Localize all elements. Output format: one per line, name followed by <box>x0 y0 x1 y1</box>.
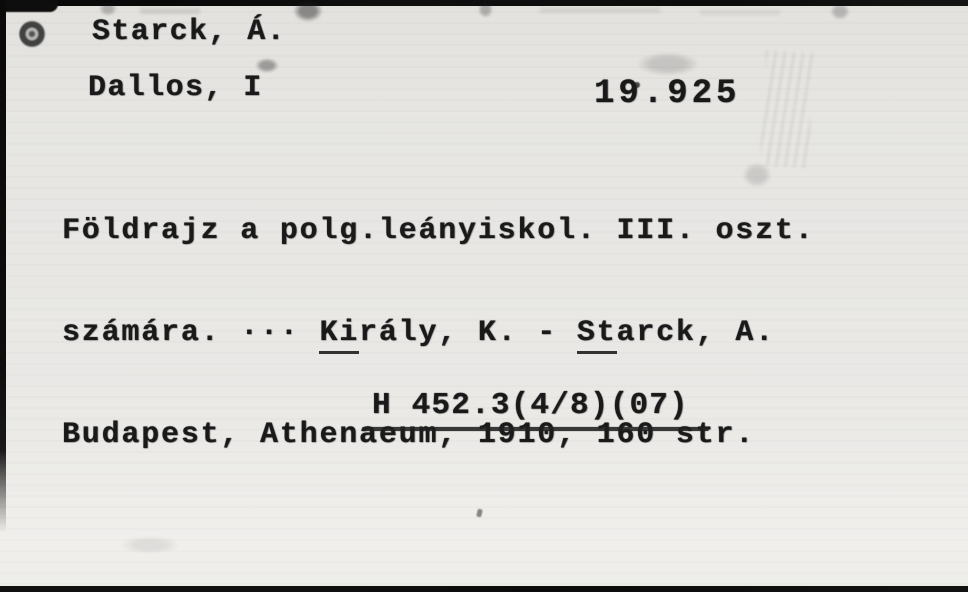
ghost-print-mark <box>540 8 660 13</box>
paper-streak-marks <box>760 51 814 168</box>
accession-number: 19.925 <box>594 74 740 114</box>
ink-smudge <box>636 52 700 76</box>
scan-edge-top-left-corner <box>0 0 58 12</box>
biblio-authors-post: arck, A. <box>617 316 775 350</box>
biblio-line-authors: számára. ··· Király, K. - Starck, A. <box>62 316 815 350</box>
call-number-underline <box>362 427 709 431</box>
scan-edge-left <box>0 0 6 592</box>
ink-smudge <box>120 536 180 554</box>
ghost-print-mark <box>700 10 780 15</box>
call-number: H 452.3(4/8)(07) <box>372 388 689 424</box>
hole-punch-icon <box>19 20 46 48</box>
bibliographic-entry: Földrajz a polg.leányiskol. III. oszt. s… <box>62 146 815 520</box>
underlined-author-kiraly: Ki <box>319 316 359 354</box>
scan-edge-top <box>0 0 968 6</box>
author-heading: Starck, Á. <box>92 14 286 50</box>
scan-edge-bottom <box>0 586 968 592</box>
biblio-authors-pre: számára. ··· <box>62 316 319 350</box>
stray-ink-dot <box>634 82 640 88</box>
secondary-author-heading: Dallos, I <box>88 70 263 106</box>
underlined-author-starck: St <box>577 316 617 354</box>
catalog-card: Starck, Á. Dallos, I 19.925 Földrajz a p… <box>0 0 968 592</box>
ghost-print-mark <box>140 8 200 14</box>
biblio-authors-mid: rály, K. - <box>359 316 577 350</box>
biblio-line-title: Földrajz a polg.leányiskol. III. oszt. <box>62 214 815 248</box>
